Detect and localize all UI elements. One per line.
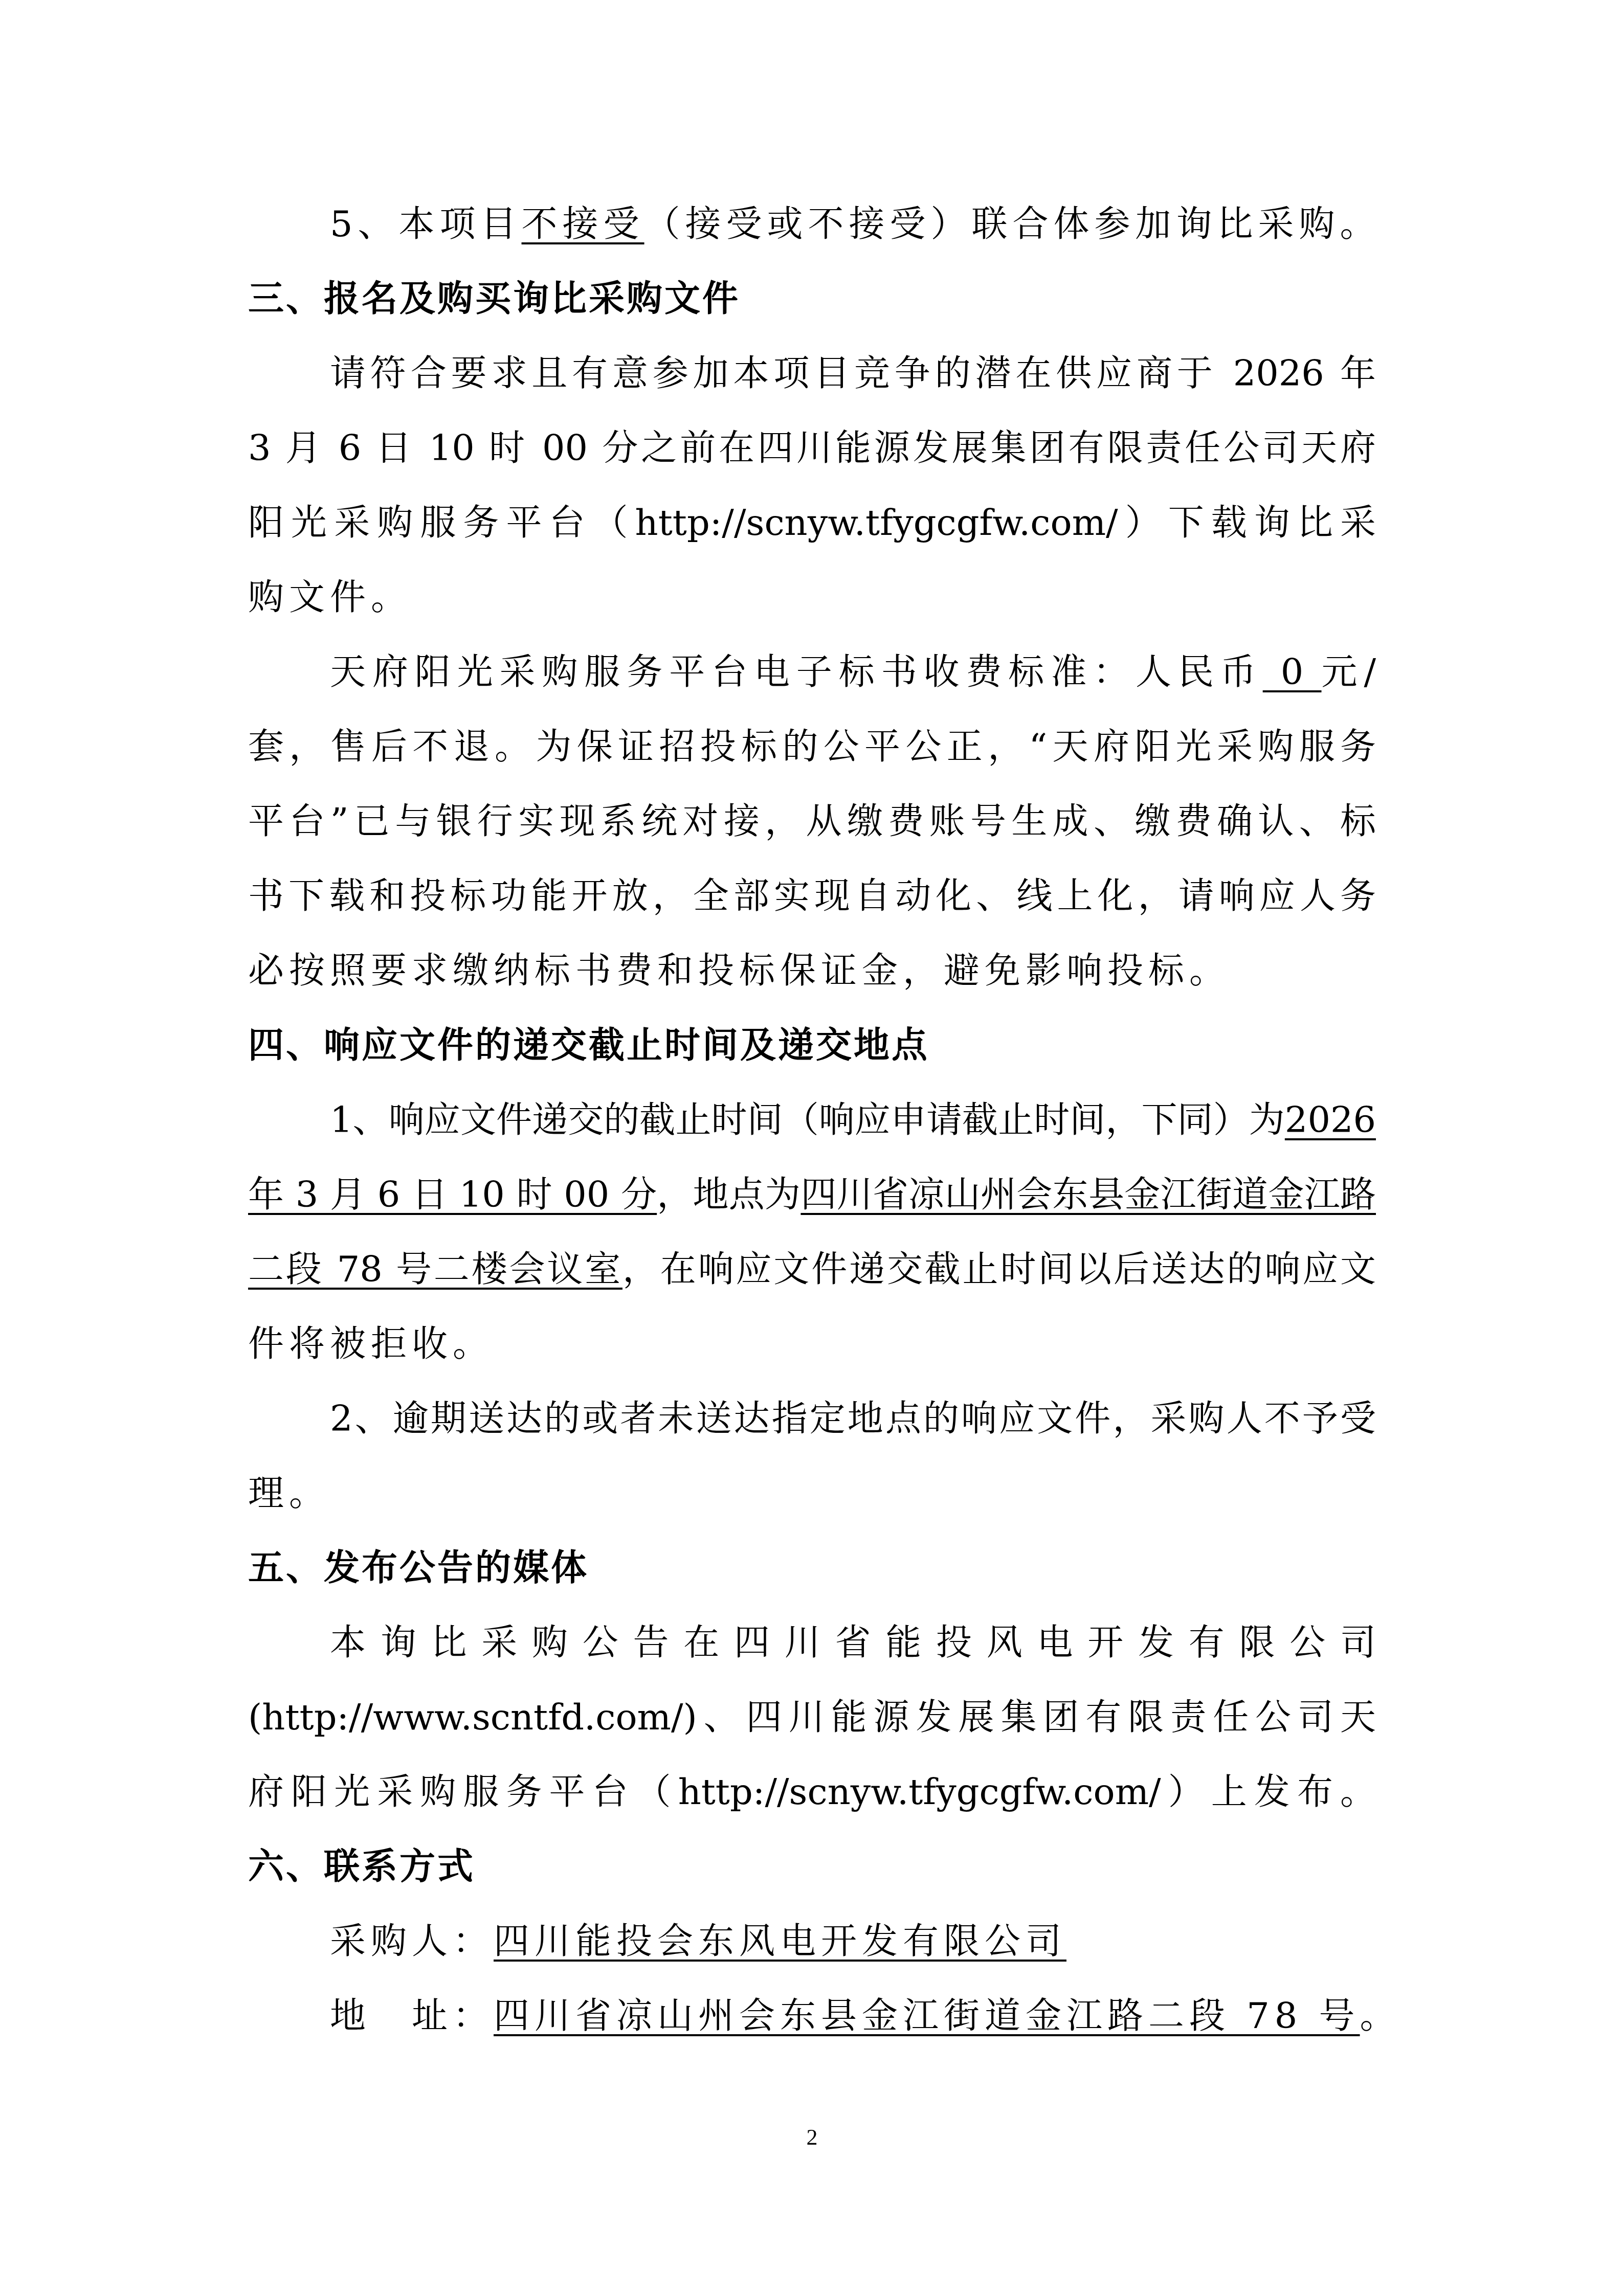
item-5-suffix: （接受或不接受）联合体参加询比采购。	[644, 203, 1381, 245]
section-3-para2-line2: 套，售后不退。为保证招投标的公平公正，“天府阳光采购服务	[248, 709, 1376, 784]
deadline-year: 2026	[1285, 1099, 1376, 1141]
late-submission-note: ，在响应文件递交截止时间以后送达的响应文	[622, 1248, 1376, 1290]
address-label: 地 址：	[330, 1995, 494, 2037]
section-4-item1-line1: 1、响应文件递交的截止时间（响应申请截止时间，下同）为2026	[248, 1083, 1376, 1157]
location-label: ，地点为	[657, 1174, 800, 1215]
section-5-para-line2: (http://www.scntfd.com/)、四川能源发展集团有限责任公司天	[248, 1680, 1376, 1754]
page-number: 2	[0, 2122, 1624, 2153]
section-3-para1-line3: 阳光采购服务平台（http://scnyw.tfygcgfw.com/）下载询比…	[248, 485, 1376, 560]
fee-label: 天府阳光采购服务平台电子标书收费标准：人民币	[330, 651, 1263, 693]
address-value: 四川省凉山州会东县金江街道金江路二段 78 号	[494, 1995, 1360, 2037]
section-6-heading: 六、联系方式	[248, 1829, 1376, 1904]
section-5-heading: 五、发布公告的媒体	[248, 1530, 1376, 1605]
section-3-para1-line4: 购文件。	[248, 560, 1376, 635]
section-4-item2-line2: 理。	[248, 1456, 1376, 1530]
purchaser-name: 四川能投会东风电开发有限公司	[494, 1920, 1066, 1962]
section-3-para1-line1: 请符合要求且有意参加本项目竞争的潜在供应商于 2026 年	[248, 336, 1376, 411]
joint-venture-answer: 不接受	[522, 203, 644, 245]
deadline-date: 年 3 月 6 日 10 时 00 分	[248, 1174, 657, 1215]
deadline-label: 1、响应文件递交的截止时间（响应申请截止时间，下同）为	[330, 1099, 1285, 1141]
purchaser-label: 采购人：	[330, 1920, 494, 1962]
section-3-heading: 三、报名及购买询比采购文件	[248, 261, 1376, 336]
section-4-item1-line3: 二段 78 号二楼会议室，在响应文件递交截止时间以后送达的响应文	[248, 1232, 1376, 1307]
section-3-para2-line1: 天府阳光采购服务平台电子标书收费标准：人民币 0 元/	[248, 635, 1376, 709]
item-5-prefix: 5、本项目	[330, 203, 522, 245]
section-3-para1-line2: 3 月 6 日 10 时 00 分之前在四川能源发展集团有限责任公司天府	[248, 411, 1376, 485]
address-end-punct: 。	[1360, 1995, 1401, 2037]
document-page: 5、本项目不接受（接受或不接受）联合体参加询比采购。 三、报名及购买询比采购文件…	[0, 0, 1624, 2296]
section-3-para2-line4: 书下载和投标功能开放，全部实现自动化、线上化，请响应人务	[248, 859, 1376, 933]
address-line: 地 址：四川省凉山州会东县金江街道金江路二段 78 号。	[248, 1978, 1376, 2053]
document-body: 5、本项目不接受（接受或不接受）联合体参加询比采购。 三、报名及购买询比采购文件…	[248, 187, 1376, 2053]
section-4-item1-line4: 件将被拒收。	[248, 1307, 1376, 1381]
section-4-item2-line1: 2、逾期送达的或者未送达指定地点的响应文件，采购人不予受	[248, 1381, 1376, 1456]
location-address-part1: 四川省凉山州会东县金江街道金江路	[800, 1174, 1376, 1215]
section-4-item1-line2: 年 3 月 6 日 10 时 00 分，地点为四川省凉山州会东县金江街道金江路	[248, 1157, 1376, 1232]
item-5-joint-venture: 5、本项目不接受（接受或不接受）联合体参加询比采购。	[248, 187, 1376, 261]
section-5-para-line1: 本询比采购公告在四川省能投风电开发有限公司	[248, 1605, 1376, 1680]
section-3-para2-line3: 平台”已与银行实现系统对接，从缴费账号生成、缴费确认、标	[248, 784, 1376, 859]
purchaser-line: 采购人：四川能投会东风电开发有限公司	[248, 1904, 1376, 1978]
fee-amount: 0	[1263, 651, 1322, 693]
fee-unit: 元/	[1322, 651, 1376, 693]
section-3-para2-line5: 必按照要求缴纳标书费和投标保证金，避免影响投标。	[248, 933, 1376, 1008]
section-5-para-line3: 府阳光采购服务平台（http://scnyw.tfygcgfw.com/）上发布…	[248, 1754, 1376, 1829]
location-address-part2: 二段 78 号二楼会议室	[248, 1248, 622, 1290]
section-4-heading: 四、响应文件的递交截止时间及递交地点	[248, 1008, 1376, 1083]
